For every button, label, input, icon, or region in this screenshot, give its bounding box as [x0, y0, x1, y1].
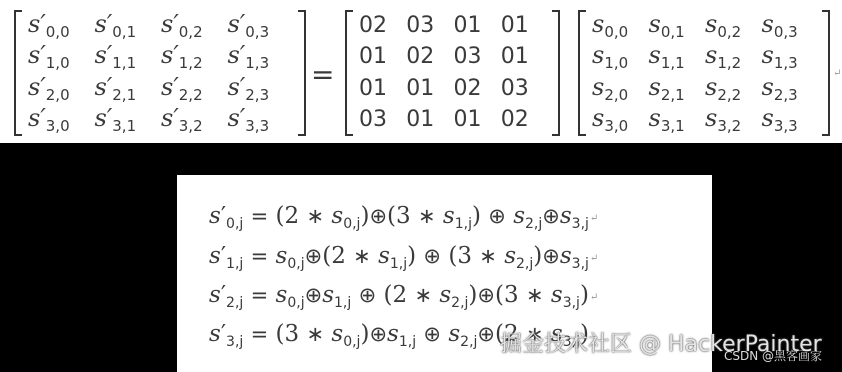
symbol: s [209, 243, 221, 269]
xor: ⊕ [423, 322, 441, 346]
coef: 2 [331, 243, 346, 269]
symbol: s [592, 10, 604, 38]
subscript: 1,1 [112, 54, 136, 72]
times: ∗ [306, 204, 324, 228]
return-mark: ↵ [590, 292, 598, 303]
matrix-cell: s2,2 [705, 75, 762, 103]
symbol: s [448, 321, 460, 347]
times: ∗ [526, 283, 544, 307]
subscript: 2,1 [112, 86, 136, 104]
matrix-cell: s′3,2 [161, 106, 228, 134]
matrix-cell: s1,1 [649, 43, 706, 71]
symbol: s [209, 282, 221, 308]
matrix-cell: s′0,2 [161, 12, 228, 40]
matrix-cell: 01 [501, 15, 548, 37]
coef: 3 [285, 321, 300, 347]
paragraph-return-mark: ↵ [833, 68, 841, 79]
matrix-cell: 01 [359, 78, 406, 100]
subscript: 2,j [226, 295, 243, 311]
left-bracket [345, 10, 353, 136]
subscript: 2,1 [661, 86, 685, 104]
subscript: 0,2 [717, 23, 741, 41]
times: ∗ [418, 204, 436, 228]
symbol: s [209, 203, 221, 229]
matrix-cell: s2,0 [592, 75, 649, 103]
xor: ⊕ [305, 244, 323, 268]
xor: ⊕ [369, 204, 387, 228]
xor: ⊕ [359, 283, 377, 307]
symbol: s′ [95, 10, 113, 38]
paren: ) [472, 203, 481, 229]
subscript: 0,1 [112, 23, 136, 41]
matrix-cell: s3,3 [762, 106, 819, 134]
subscript: 2,3 [245, 86, 269, 104]
matrix-cell: s0,2 [705, 12, 762, 40]
symbol: s [378, 243, 390, 269]
subscript: 0,j [343, 216, 360, 232]
subscript: 2,j [451, 295, 468, 311]
symbol: s [592, 104, 604, 132]
subscript: 3,j [572, 216, 589, 232]
matrix-cell: 03 [454, 46, 501, 68]
left-bracket [14, 10, 22, 136]
symbol: s [560, 203, 572, 229]
symbol: s [331, 203, 343, 229]
formula-row-2: s′2,j = s0,j⊕s1,j ⊕ (2 ∗ s2,j)⊕(3 ∗ s3,j… [209, 282, 598, 311]
symbol: s′ [228, 41, 246, 69]
symbol: s [649, 10, 661, 38]
matrix-cell: s′1,0 [28, 43, 95, 71]
subscript: 1,j [334, 295, 351, 311]
right-bracket [552, 10, 560, 136]
matrix-cell: s2,1 [649, 75, 706, 103]
matrix-cell: 02 [454, 78, 501, 100]
paren: ( [276, 203, 285, 229]
symbol: s [513, 203, 525, 229]
symbol: s′ [228, 104, 246, 132]
xor: ⊕ [477, 322, 495, 346]
symbol: s [592, 41, 604, 69]
subscript: 0,0 [46, 23, 70, 41]
matrix-cell: 03 [359, 109, 406, 131]
right-bracket [822, 10, 830, 136]
output-state-matrix: s′0,0s′0,1s′0,2s′0,3s′1,0s′1,1s′1,2s′1,3… [14, 10, 306, 136]
csdn-watermark: CSDN @黑客画家 [724, 347, 822, 364]
subscript: 3,1 [112, 117, 136, 135]
matrix-cell: s0,3 [762, 12, 819, 40]
xor: ⊕ [477, 283, 495, 307]
times: ∗ [479, 244, 497, 268]
matrix-cell: 01 [454, 15, 501, 37]
symbol: s′ [161, 41, 179, 69]
equals: = [251, 244, 269, 268]
subscript: 3,3 [774, 117, 798, 135]
subscript: 3,0 [604, 117, 628, 135]
subscript: 1,j [226, 256, 243, 272]
matrix-cell: s0,0 [592, 12, 649, 40]
symbol: s [551, 282, 563, 308]
symbol: s′ [28, 10, 46, 38]
subscript: 0,3 [245, 23, 269, 41]
symbol: s′ [95, 73, 113, 101]
paren: ) [580, 282, 589, 308]
matrix-cell: 03 [406, 15, 453, 37]
matrix-cell: s′0,1 [95, 12, 162, 40]
matrix-cell: s′0,0 [28, 12, 95, 40]
symbol: s [560, 243, 572, 269]
matrix-cell: 01 [454, 109, 501, 131]
times: ∗ [306, 322, 324, 346]
xor: ⊕ [423, 244, 441, 268]
matrix-cell: s3,2 [705, 106, 762, 134]
matrix-cell: s′1,3 [228, 43, 295, 71]
paren: ) [407, 243, 416, 269]
formula-row-1: s′1,j = s0,j⊕(2 ∗ s1,j) ⊕ (3 ∗ s2,j)⊕s3,… [209, 243, 598, 272]
subscript: 3,j [572, 256, 589, 272]
symbol: s [705, 10, 717, 38]
formula-row-0: s′0,j = (2 ∗ s0,j)⊕(3 ∗ s1,j) ⊕ s2,j⊕s3,… [209, 203, 598, 232]
paren: ( [387, 203, 396, 229]
subscript: 0,j [287, 295, 304, 311]
symbol: s [705, 104, 717, 132]
xor: ⊕ [542, 244, 560, 268]
matrix-cell: s2,3 [762, 75, 819, 103]
coef: 2 [392, 282, 407, 308]
equals-sign: = [311, 58, 334, 91]
symbol: s [439, 282, 451, 308]
matrix-cell: s′2,0 [28, 75, 95, 103]
symbol: s [762, 41, 774, 69]
symbol: s′ [28, 41, 46, 69]
equals: = [251, 283, 269, 307]
return-mark: ↵ [590, 213, 598, 224]
matrix-cell: s′3,0 [28, 106, 95, 134]
matrix-cell: s′3,1 [95, 106, 162, 134]
symbol: s [649, 41, 661, 69]
subscript: 2,j [460, 334, 477, 350]
mix-columns-matrix: 02030101010203010101020303010102 [345, 10, 560, 136]
subscript: 1,j [399, 334, 416, 350]
matrix-cell: 03 [501, 78, 548, 100]
subscript: 0,0 [604, 23, 628, 41]
subscript: 1,3 [245, 54, 269, 72]
matrix-cell: s′1,1 [95, 43, 162, 71]
subscript: 1,j [455, 216, 472, 232]
matrix-cell: s′2,2 [161, 75, 228, 103]
subscript: 1,3 [774, 54, 798, 72]
left-bracket [578, 10, 586, 136]
coef: 3 [504, 282, 519, 308]
subscript: 3,j [226, 334, 243, 350]
subscript: 2,2 [179, 86, 203, 104]
matrix-cell: s′1,2 [161, 43, 228, 71]
matrix-cell: s3,1 [649, 106, 706, 134]
matrix-cell: s0,1 [649, 12, 706, 40]
symbol: s [705, 41, 717, 69]
paren: ( [495, 282, 504, 308]
subscript: 2,j [525, 216, 542, 232]
subscript: 3,j [563, 295, 580, 311]
matrix-cell: s1,0 [592, 43, 649, 71]
symbol: s′ [95, 41, 113, 69]
subscript: 2,0 [604, 86, 628, 104]
subscript: 1,0 [604, 54, 628, 72]
matrix-cell: s′2,1 [95, 75, 162, 103]
equals: = [251, 322, 269, 346]
symbol: s [443, 203, 455, 229]
paren: ) [533, 243, 542, 269]
right-bracket [298, 10, 306, 136]
subscript: 0,j [343, 334, 360, 350]
symbol: s [322, 282, 334, 308]
symbol: s′ [28, 104, 46, 132]
matrix-cell: 01 [501, 46, 548, 68]
subscript: 0,2 [179, 23, 203, 41]
symbol: s [592, 73, 604, 101]
subscript: 0,1 [661, 23, 685, 41]
symbol: s [504, 243, 516, 269]
symbol: s′ [228, 73, 246, 101]
subscript: 0,j [226, 216, 243, 232]
symbol: s [387, 321, 399, 347]
symbol: s′ [95, 104, 113, 132]
subscript: 0,j [287, 256, 304, 272]
equals: = [251, 204, 269, 228]
subscript: 2,j [516, 256, 533, 272]
subscript: 3,2 [179, 117, 203, 135]
coef: 3 [457, 243, 472, 269]
paren: ( [448, 243, 457, 269]
input-state-matrix: s0,0s0,1s0,2s0,3s1,0s1,1s1,2s1,3s2,0s2,1… [578, 10, 830, 136]
times: ∗ [414, 283, 432, 307]
subscript: 2,2 [717, 86, 741, 104]
symbol: s [276, 282, 288, 308]
symbol: s [705, 73, 717, 101]
subscript: 0,3 [774, 23, 798, 41]
matrix-cell: s′0,3 [228, 12, 295, 40]
matrix-cell: s1,3 [762, 43, 819, 71]
matrix-cell: 02 [359, 15, 406, 37]
subscript: 1,j [390, 256, 407, 272]
subscript: 3,1 [661, 117, 685, 135]
symbol: s [762, 73, 774, 101]
matrix-cell: 02 [406, 46, 453, 68]
return-mark: ↵ [590, 253, 598, 264]
paren: ( [276, 321, 285, 347]
matrix-equation-panel: s′0,0s′0,1s′0,2s′0,3s′1,0s′1,1s′1,2s′1,3… [0, 0, 842, 143]
xor: ⊕ [305, 283, 323, 307]
paren: ( [322, 243, 331, 269]
subscript: 3,2 [717, 117, 741, 135]
subscript: 2,0 [46, 86, 70, 104]
symbol: s [331, 321, 343, 347]
coef: 3 [396, 203, 411, 229]
symbol: s′ [228, 10, 246, 38]
symbol: s [762, 10, 774, 38]
times: ∗ [353, 244, 371, 268]
subscript: 1,0 [46, 54, 70, 72]
xor: ⊕ [488, 204, 506, 228]
matrix-cell: 01 [406, 109, 453, 131]
subscript: 1,2 [179, 54, 203, 72]
xor: ⊕ [369, 322, 387, 346]
xor: ⊕ [542, 204, 560, 228]
matrix-cell: 02 [501, 109, 548, 131]
subscript: 3,0 [46, 117, 70, 135]
symbol: s [649, 73, 661, 101]
symbol: s′ [28, 73, 46, 101]
matrix-cell: s1,2 [705, 43, 762, 71]
coef: 2 [285, 203, 300, 229]
symbol: s′ [161, 104, 179, 132]
symbol: s [276, 243, 288, 269]
symbol: s [209, 321, 221, 347]
subscript: 1,1 [661, 54, 685, 72]
matrix-cell: 01 [406, 78, 453, 100]
subscript: 2,3 [774, 86, 798, 104]
symbol: s [762, 104, 774, 132]
subscript: 1,2 [717, 54, 741, 72]
matrix-cell: s′3,3 [228, 106, 295, 134]
subscript: 3,3 [245, 117, 269, 135]
matrix-cell: s3,0 [592, 106, 649, 134]
matrix-cell: s′2,3 [228, 75, 295, 103]
symbol: s′ [161, 10, 179, 38]
matrix-cell: 01 [359, 46, 406, 68]
symbol: s′ [161, 73, 179, 101]
symbol: s [649, 104, 661, 132]
